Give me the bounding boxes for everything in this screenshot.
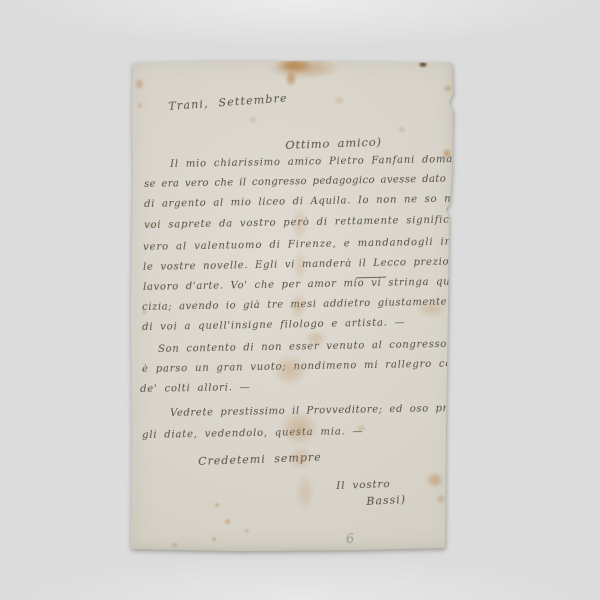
foxing-stain (211, 536, 217, 542)
stain-layer (128, 56, 458, 555)
foxing-stain (416, 300, 446, 318)
foxing-stain (137, 102, 143, 109)
foxing-stain (141, 309, 148, 315)
foxing-stain (268, 57, 340, 79)
foxing-stain (288, 446, 312, 470)
foxing-stain (135, 78, 144, 90)
foxing-stain (418, 61, 428, 68)
foxing-stain (291, 206, 308, 242)
foxing-stain (272, 354, 308, 386)
foxing-stain (276, 58, 312, 73)
letter-paper-shadow-wrapper: Trani, SettembreOttimo amico)Il mio chia… (128, 56, 458, 555)
foxing-stain (442, 148, 452, 159)
foxing-stain (280, 410, 318, 446)
foxing-stain (285, 70, 297, 87)
foxing-stain (293, 250, 307, 282)
foxing-stain (171, 542, 179, 548)
foxing-stain (443, 84, 453, 93)
letter-paper: Trani, SettembreOttimo amico)Il mio chia… (128, 56, 458, 555)
foxing-stain (333, 96, 345, 105)
foxing-stain (289, 292, 307, 320)
photo-backdrop: Trani, SettembreOttimo amico)Il mio chia… (0, 0, 600, 600)
foxing-stain (305, 330, 327, 347)
foxing-stain (248, 116, 258, 124)
foxing-stain (436, 494, 446, 504)
foxing-stain (356, 424, 367, 433)
foxing-stain (398, 126, 406, 133)
foxing-stain (147, 222, 155, 229)
foxing-stain (224, 518, 231, 525)
foxing-stain (214, 502, 220, 508)
foxing-stain (296, 474, 314, 510)
foxing-stain (426, 472, 444, 488)
foxing-stain (244, 528, 250, 534)
